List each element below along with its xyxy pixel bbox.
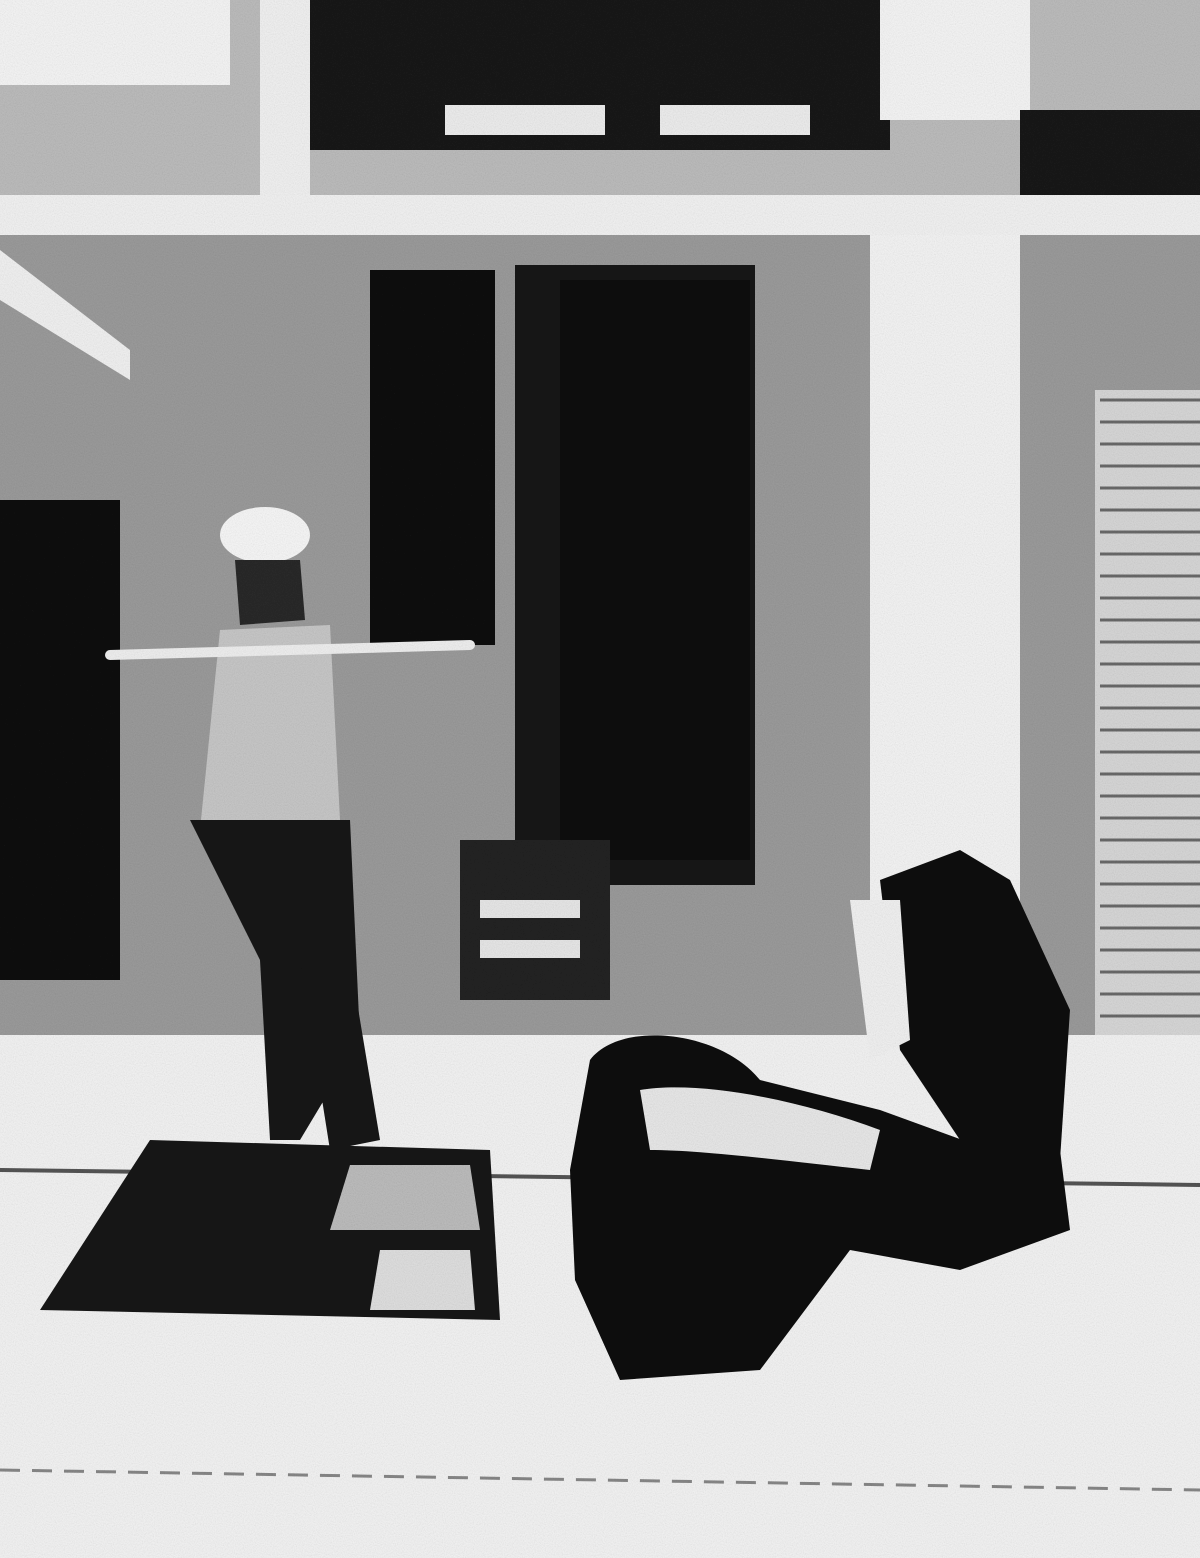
ledge	[0, 195, 1200, 235]
pole-column	[260, 0, 310, 220]
left-doorway	[0, 500, 120, 980]
street-scene-drawing: A monochrome sketch of a street scene: a…	[0, 0, 1200, 1558]
drawing-canvas	[0, 0, 1200, 1558]
dark-window	[370, 270, 495, 645]
